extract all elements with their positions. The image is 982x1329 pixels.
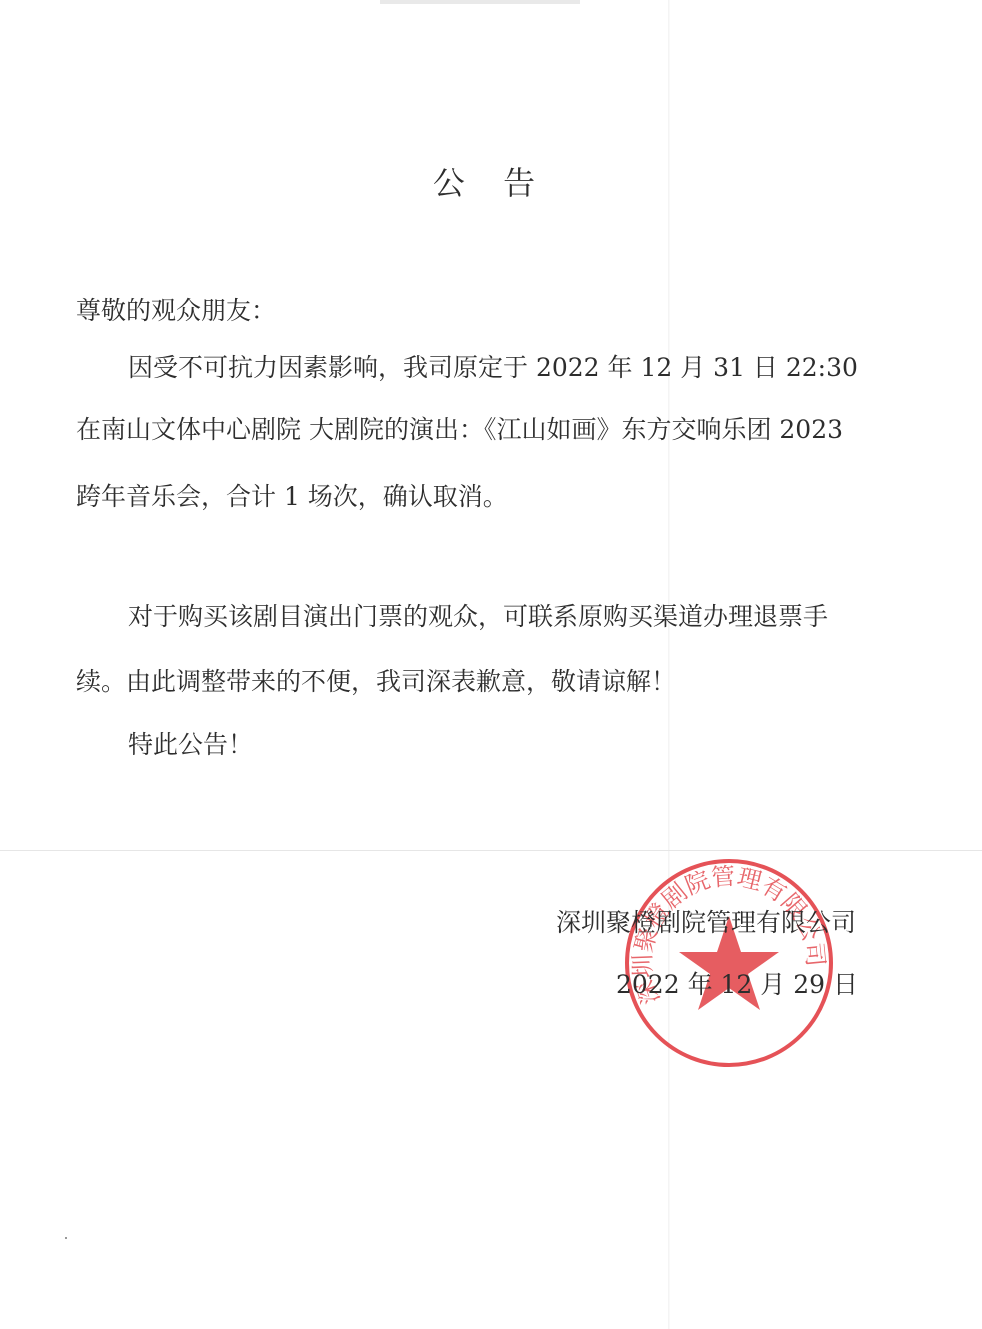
paragraph1-line2: 在南山文体中心剧院 大剧院的演出：《江山如画》东方交响乐团 2023 bbox=[76, 410, 843, 446]
closing-statement: 特此公告！ bbox=[128, 725, 253, 761]
paper-fold-horizontal bbox=[0, 850, 982, 851]
signature-company: 深圳聚橙剧院管理有限公司 bbox=[556, 903, 856, 939]
page-title: 公 告 bbox=[0, 158, 982, 204]
signature-date: 2022 年 12 月 29 日 bbox=[616, 965, 858, 1001]
scan-edge-mark bbox=[380, 0, 580, 4]
paragraph1-line1: 因受不可抗力因素影响，我司原定于 2022 年 12 月 31 日 22:30 bbox=[128, 348, 858, 384]
salutation: 尊敬的观众朋友： bbox=[76, 291, 276, 327]
company-seal-icon: 深圳聚橙剧院管理有限公司 bbox=[622, 856, 836, 1070]
paragraph1-line3: 跨年音乐会，合计 1 场次，确认取消。 bbox=[76, 477, 508, 513]
paragraph2-line2: 续。由此调整带来的不便，我司深表歉意，敬请谅解！ bbox=[76, 662, 676, 698]
paragraph2-line1: 对于购买该剧目演出门票的观众，可联系原购买渠道办理退票手 bbox=[128, 597, 828, 633]
scan-speck bbox=[65, 1237, 67, 1239]
